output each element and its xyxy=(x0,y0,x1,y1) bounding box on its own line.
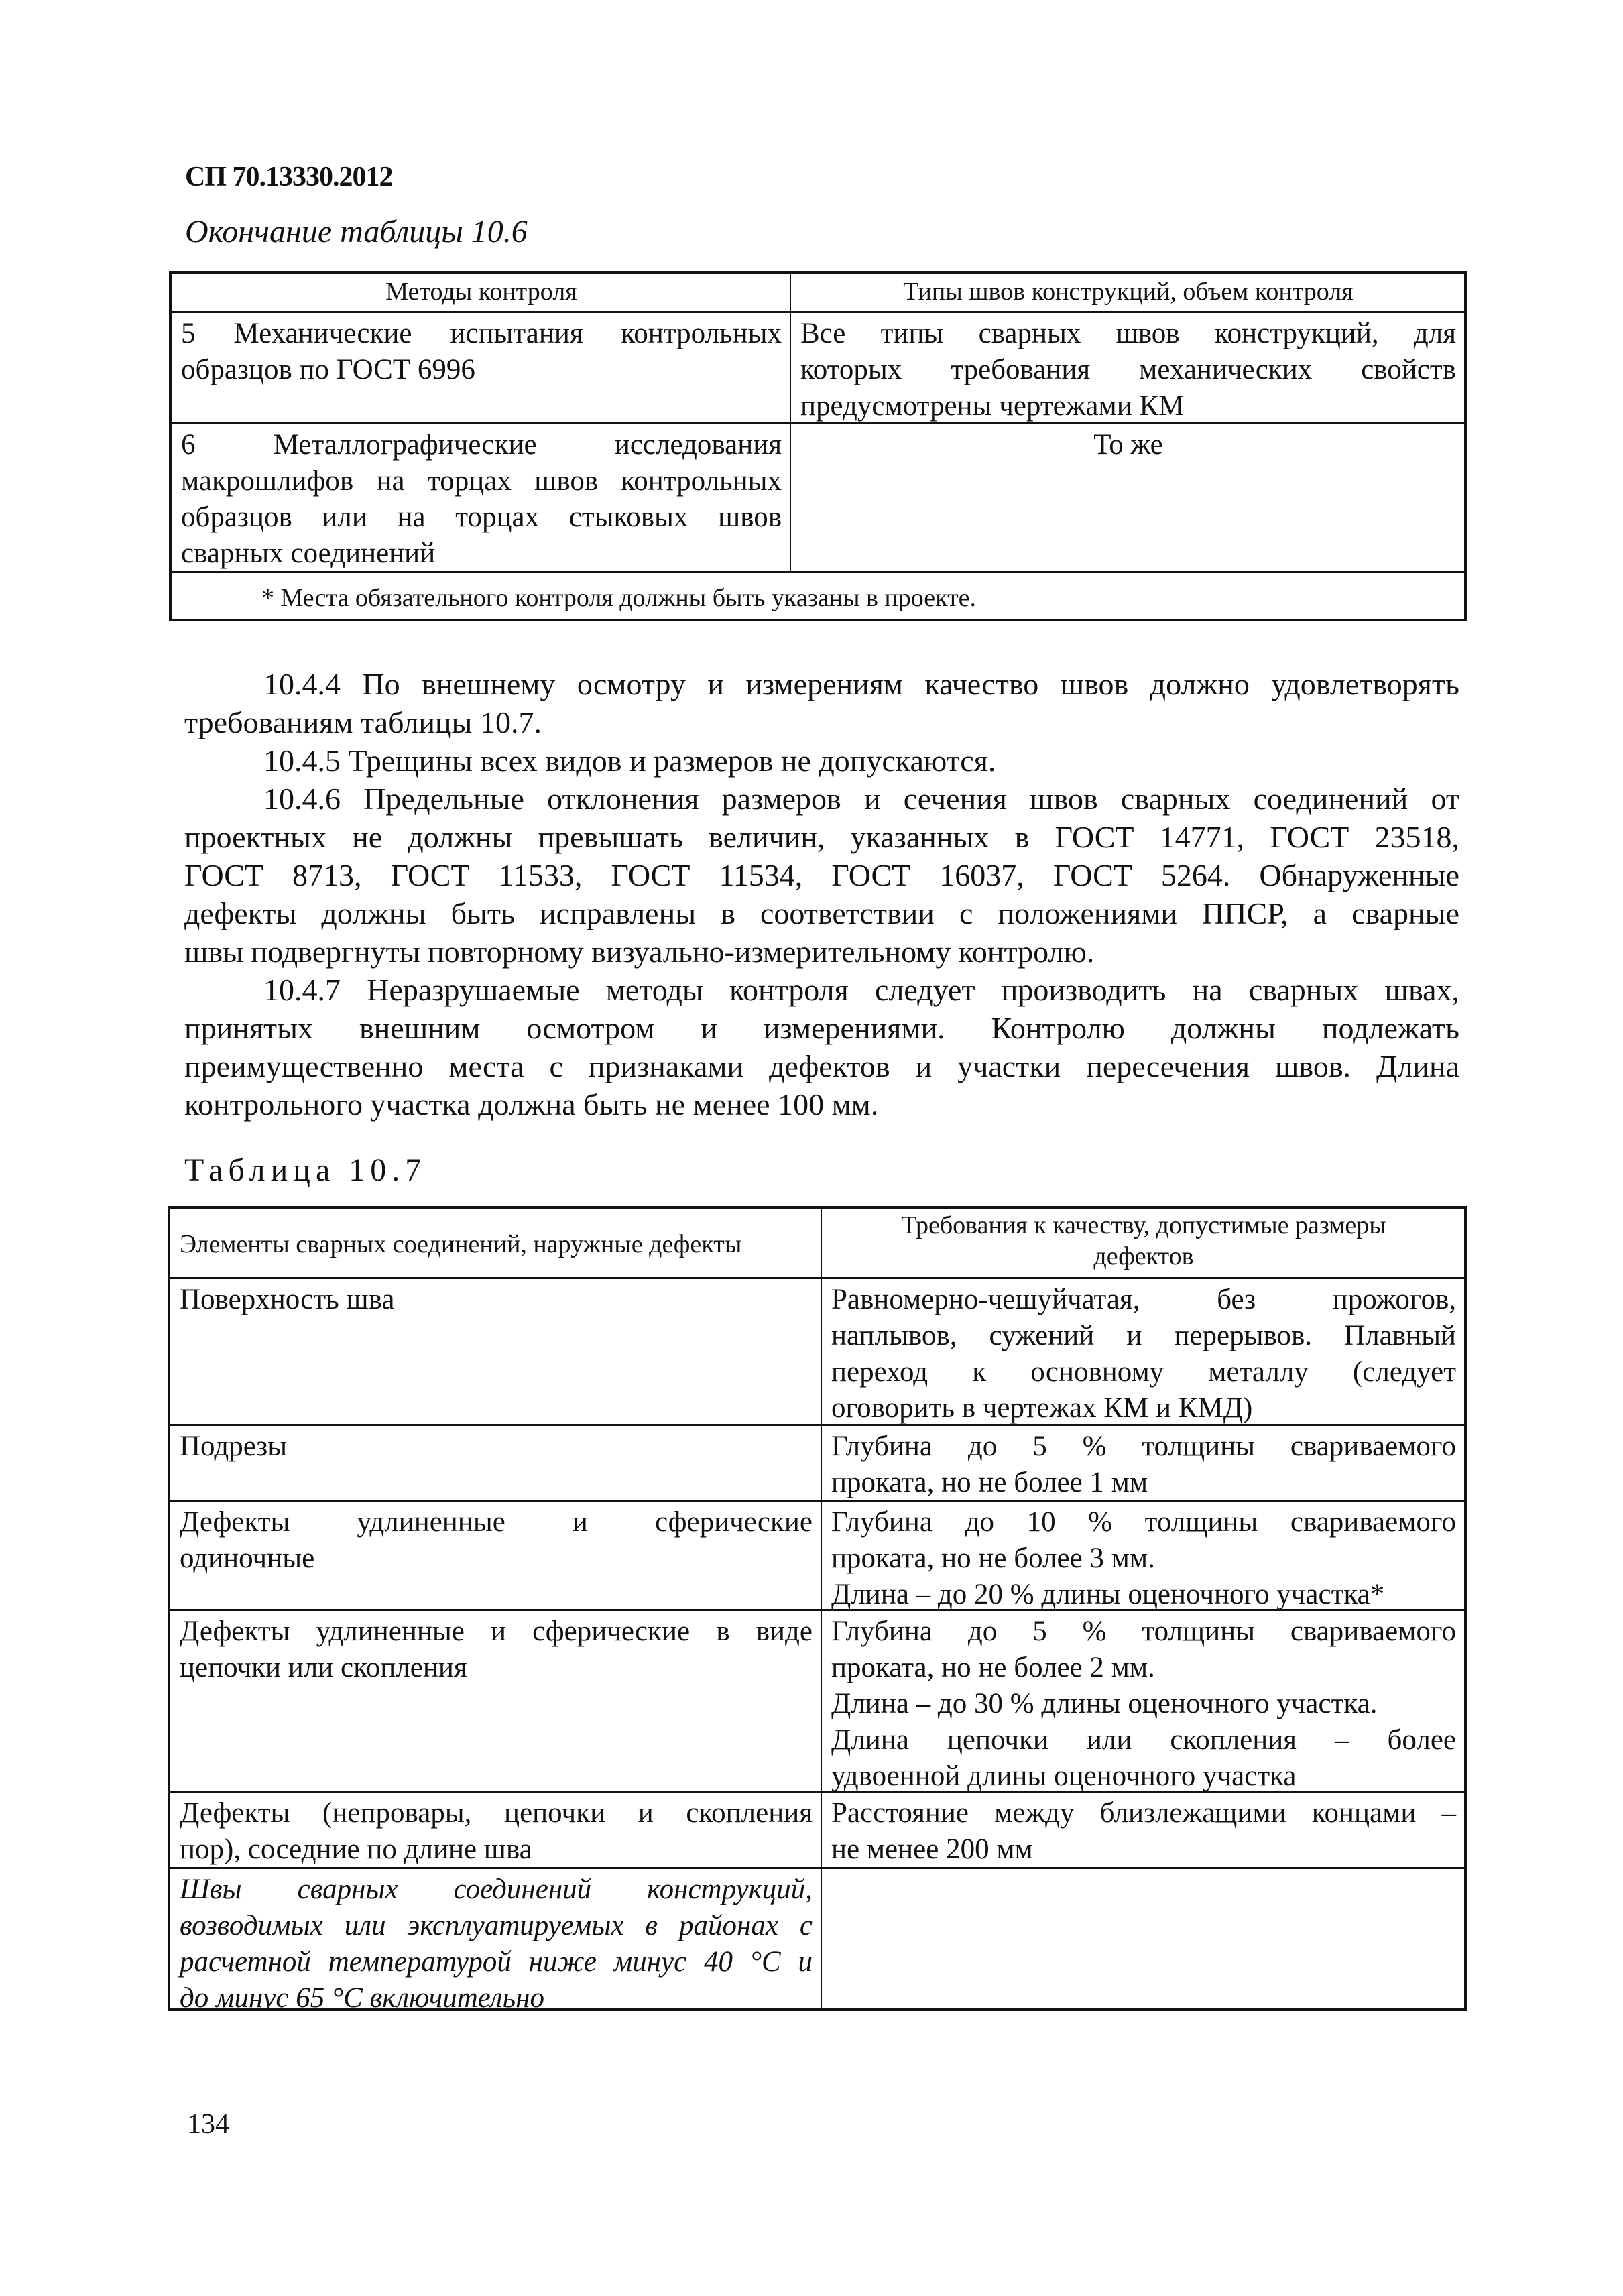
paragraph-line: 10.4.4 По внешнему осмотру и измерениям … xyxy=(184,665,1459,703)
element-cell: Швы сварных соединений конструкций, возв… xyxy=(170,1869,821,2008)
cell-line: образцов по ГОСТ 6996 xyxy=(181,352,782,388)
paragraph-line: преимущественно места с признаками дефек… xyxy=(184,1047,1459,1085)
column-header-requirements: Требования к качеству, допустимые размер… xyxy=(821,1209,1464,1277)
paragraph-line: 10.4.5 Трещины всех видов и размеров не … xyxy=(184,741,1459,780)
paragraph-10-4-6: 10.4.6 Предельные отклонения размеров и … xyxy=(184,780,1459,971)
cell-line: образцов или на торцах стыковых швов xyxy=(181,499,782,536)
paragraph-line: дефекты должны быть исправлены в соответ… xyxy=(184,894,1459,932)
cell-line: Поверхность шва xyxy=(180,1282,813,1318)
column-header-elements: Элементы сварных соединений, наружные де… xyxy=(170,1209,821,1277)
cell-line: сварных соединений xyxy=(181,536,782,571)
cell-line: Подрезы xyxy=(180,1429,813,1465)
cell-line: Швы сварных соединений конструкций, xyxy=(180,1872,813,1908)
requirement-cell: Глубина до 5 % толщины свариваемого прок… xyxy=(821,1611,1464,1791)
cell-line: Дефекты удлиненные и сферические xyxy=(180,1504,813,1540)
table-continuation-title: Окончание таблицы 10.6 xyxy=(185,213,528,250)
table-row: Дефекты удлиненные и сферические в виде … xyxy=(170,1609,1464,1791)
requirement-cell: Глубина до 5 % толщины свариваемого прок… xyxy=(821,1426,1464,1500)
cell-line: 6 Металлографические исследования xyxy=(181,427,782,463)
column-header-methods: Методы контроля xyxy=(172,274,790,311)
table-10-7-caption: Таблица 10.7 xyxy=(184,1152,426,1189)
cell-line: Все типы сварных швов конструкций, для xyxy=(800,316,1456,352)
paragraph-10-4-7: 10.4.7 Неразрушаемые методы контроля сле… xyxy=(184,971,1459,1124)
requirement-cell: Расстояние между близлежащими концами – … xyxy=(821,1793,1464,1867)
cell-line: макрошлифов на торцах швов контрольных xyxy=(181,463,782,499)
cell-line: не менее 200 мм xyxy=(831,1831,1456,1867)
cell-line: Дефекты удлиненные и сферические в виде xyxy=(180,1614,813,1650)
cell-line: наплывов, сужений и перерывов. Плавный xyxy=(831,1318,1456,1354)
cell-line: 5 Механические испытания контрольных xyxy=(181,316,782,352)
cell-line: дефектов xyxy=(831,1241,1456,1272)
scope-cell: То же xyxy=(790,424,1464,571)
cell-line: расчетной температурой ниже минус 40 °С … xyxy=(180,1944,813,1980)
table-row: Подрезы Глубина до 5 % толщины свариваем… xyxy=(170,1424,1464,1500)
table-row: Дефекты (непровары, цепочки и скопления … xyxy=(170,1791,1464,1867)
element-cell: Дефекты удлиненные и сферические одиночн… xyxy=(170,1502,821,1609)
paragraph-line: ГОСТ 8713, ГОСТ 11533, ГОСТ 11534, ГОСТ … xyxy=(184,856,1459,894)
column-header-weld-types: Типы швов конструкций, объем контроля xyxy=(790,274,1464,311)
cell-line: проката, но не более 2 мм. xyxy=(831,1650,1456,1686)
paragraph-line: контрольного участка должна быть не мене… xyxy=(184,1085,1459,1124)
table-10-6: Методы контроля Типы швов конструкций, о… xyxy=(169,271,1467,621)
paragraph-line: 10.4.7 Неразрушаемые методы контроля сле… xyxy=(184,971,1459,1009)
element-cell: Дефекты удлиненные и сферические в виде … xyxy=(170,1611,821,1791)
table-header-row: Элементы сварных соединений, наружные де… xyxy=(170,1209,1464,1277)
cell-line: Длина – до 30 % длины оценочного участка… xyxy=(831,1686,1456,1722)
cell-line: Глубина до 10 % толщины свариваемого xyxy=(831,1504,1456,1540)
cell-line: Расстояние между близлежащими концами – xyxy=(831,1795,1456,1831)
table-footnote-row: * Места обязательного контроля должны бы… xyxy=(172,571,1464,619)
table-header-row: Методы контроля Типы швов конструкций, о… xyxy=(172,274,1464,311)
table-row: 6 Металлографические исследования макрош… xyxy=(172,422,1464,571)
cell-line: предусмотрены чертежами КМ xyxy=(800,388,1456,422)
cell-line: Глубина до 5 % толщины свариваемого xyxy=(831,1429,1456,1465)
paragraph-line: проектных не должны превышать величин, у… xyxy=(184,818,1459,856)
cell-line: переход к основному металлу (следует xyxy=(831,1354,1456,1390)
cell-line: до минус 65 °С включительно xyxy=(180,1980,813,2008)
method-cell: 6 Металлографические исследования макрош… xyxy=(172,424,790,571)
element-cell: Подрезы xyxy=(170,1426,821,1500)
cell-line: возводимых или эксплуатируемых в районах… xyxy=(180,1908,813,1944)
cell-line: оговорить в чертежах КМ и КМД) xyxy=(831,1390,1456,1424)
page-number: 134 xyxy=(187,2108,229,2140)
element-cell: Поверхность шва xyxy=(170,1279,821,1424)
method-cell: 5 Механические испытания контрольных обр… xyxy=(172,313,790,422)
paragraph-10-4-5: 10.4.5 Трещины всех видов и размеров не … xyxy=(184,741,1459,780)
requirement-cell-empty xyxy=(821,1869,1464,2008)
table-footnote: * Места обязательного контроля должны бы… xyxy=(172,573,1464,619)
paragraph-line: принятых внешним осмотром и измерениями.… xyxy=(184,1009,1459,1047)
cell-line: цепочки или скопления xyxy=(180,1650,813,1686)
element-cell: Дефекты (непровары, цепочки и скопления … xyxy=(170,1793,821,1867)
requirement-cell: Глубина до 10 % толщины свариваемого про… xyxy=(821,1502,1464,1609)
requirement-cell: Равномерно-чешуйчатая, без прожогов, нап… xyxy=(821,1279,1464,1424)
document-code: СП 70.13330.2012 xyxy=(185,161,393,193)
cell-line: проката, но не более 1 мм xyxy=(831,1465,1456,1500)
table-row: Швы сварных соединений конструкций, возв… xyxy=(170,1867,1464,2008)
cell-line: Равномерно-чешуйчатая, без прожогов, xyxy=(831,1282,1456,1318)
table-10-7: Элементы сварных соединений, наружные де… xyxy=(168,1206,1467,2011)
cell-line: одиночные xyxy=(180,1540,813,1577)
table-row: Поверхность шва Равномерно-чешуйчатая, б… xyxy=(170,1277,1464,1424)
table-row: 5 Механические испытания контрольных обр… xyxy=(172,311,1464,422)
cell-line: пор), соседние по длине шва xyxy=(180,1831,813,1867)
paragraph-line: 10.4.6 Предельные отклонения размеров и … xyxy=(184,780,1459,818)
cell-line: Глубина до 5 % толщины свариваемого xyxy=(831,1614,1456,1650)
cell-line: Требования к качеству, допустимые размер… xyxy=(831,1210,1456,1241)
cell-line: которых требования механических свойств xyxy=(800,352,1456,388)
cell-line: Дефекты (непровары, цепочки и скопления xyxy=(180,1795,813,1831)
cell-line: Длина – до 20 % длины оценочного участка… xyxy=(831,1577,1456,1609)
cell-line: Длина цепочки или скопления – более xyxy=(831,1722,1456,1758)
cell-line: То же xyxy=(800,427,1456,463)
cell-line: удвоенной длины оценочного участка xyxy=(831,1758,1456,1791)
scope-cell: Все типы сварных швов конструкций, для к… xyxy=(790,313,1464,422)
paragraph-line: требованиям таблицы 10.7. xyxy=(184,703,1459,741)
paragraph-line: швы подвергнуты повторному визуально-изм… xyxy=(184,932,1459,971)
table-row: Дефекты удлиненные и сферические одиночн… xyxy=(170,1500,1464,1609)
paragraph-10-4-4: 10.4.4 По внешнему осмотру и измерениям … xyxy=(184,665,1459,741)
cell-line: проката, но не более 3 мм. xyxy=(831,1540,1456,1577)
